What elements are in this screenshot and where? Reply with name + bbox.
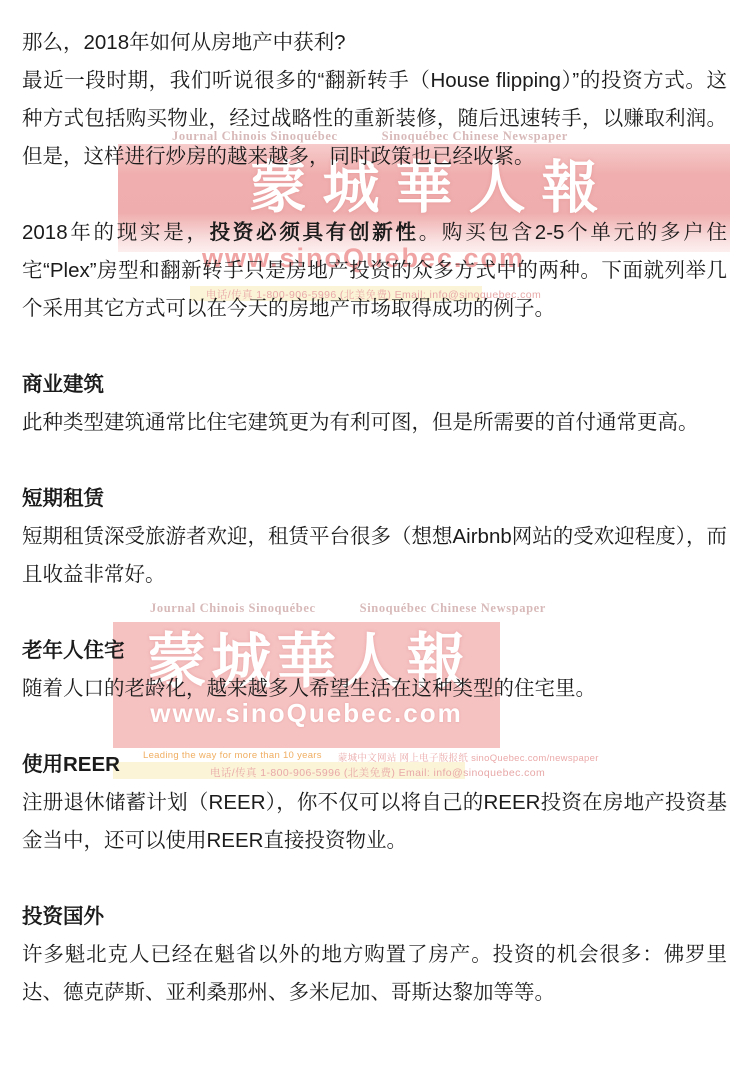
article-body: 那么，2018年如何从房地产中获利?最近一段时期，我们听说很多的“翻新转手（Ho… [0, 0, 749, 1012]
section-short-term-rental: 短期租赁 短期租赁深受旅游者欢迎，租赁平台很多（想想Airbnb网站的受欢迎程度… [22, 480, 727, 594]
section-paragraph: 许多魁北克人已经在魁省以外的地方购置了房产。投资的机会很多：佛罗里达、德克萨斯、… [22, 936, 727, 1012]
section-paragraph: 随着人口的老龄化，越来越多人希望生活在这种类型的住宅里。 [22, 670, 727, 708]
section-heading: 老年人住宅 [22, 632, 727, 670]
section-paragraph: 此种类型建筑通常比住宅建筑更为有利可图，但是所需要的首付通常更高。 [22, 404, 727, 442]
section-heading: 使用REER [22, 746, 727, 784]
intro-paragraph: 那么，2018年如何从房地产中获利?最近一段时期，我们听说很多的“翻新转手（Ho… [22, 24, 727, 176]
thesis-block: 2018年的现实是，投资必须具有创新性。购买包含2-5个单元的多户住宅“Plex… [22, 214, 727, 328]
section-paragraph: 注册退休储蓄计划（REER），你不仅可以将自己的REER投资在房地产投资基金当中… [22, 784, 727, 860]
intro-block: 那么，2018年如何从房地产中获利?最近一段时期，我们听说很多的“翻新转手（Ho… [22, 24, 727, 176]
thesis-bold-statement: 投资必须具有创新性 [210, 221, 419, 244]
section-heading: 短期租赁 [22, 480, 727, 518]
intro-question-line: 那么，2018年如何从房地产中获利? [22, 31, 346, 54]
section-heading: 投资国外 [22, 898, 727, 936]
section-senior-housing: 老年人住宅 随着人口的老龄化，越来越多人希望生活在这种类型的住宅里。 [22, 632, 727, 708]
section-reer: 使用REER 注册退休储蓄计划（REER），你不仅可以将自己的REER投资在房地… [22, 746, 727, 860]
section-paragraph: 短期租赁深受旅游者欢迎，租赁平台很多（想想Airbnb网站的受欢迎程度），而且收… [22, 518, 727, 594]
thesis-paragraph: 2018年的现实是，投资必须具有创新性。购买包含2-5个单元的多户住宅“Plex… [22, 214, 727, 328]
article-page: Journal Chinois Sinoquébec Sinoquébec Ch… [0, 0, 749, 1067]
thesis-prefix: 2018年的现实是， [22, 221, 210, 244]
section-invest-abroad: 投资国外 许多魁北克人已经在魁省以外的地方购置了房产。投资的机会很多：佛罗里达、… [22, 898, 727, 1012]
section-commercial-buildings: 商业建筑 此种类型建筑通常比住宅建筑更为有利可图，但是所需要的首付通常更高。 [22, 366, 727, 442]
section-heading: 商业建筑 [22, 366, 727, 404]
intro-text: 最近一段时期，我们听说很多的“翻新转手（House flipping）”的投资方… [22, 69, 727, 168]
